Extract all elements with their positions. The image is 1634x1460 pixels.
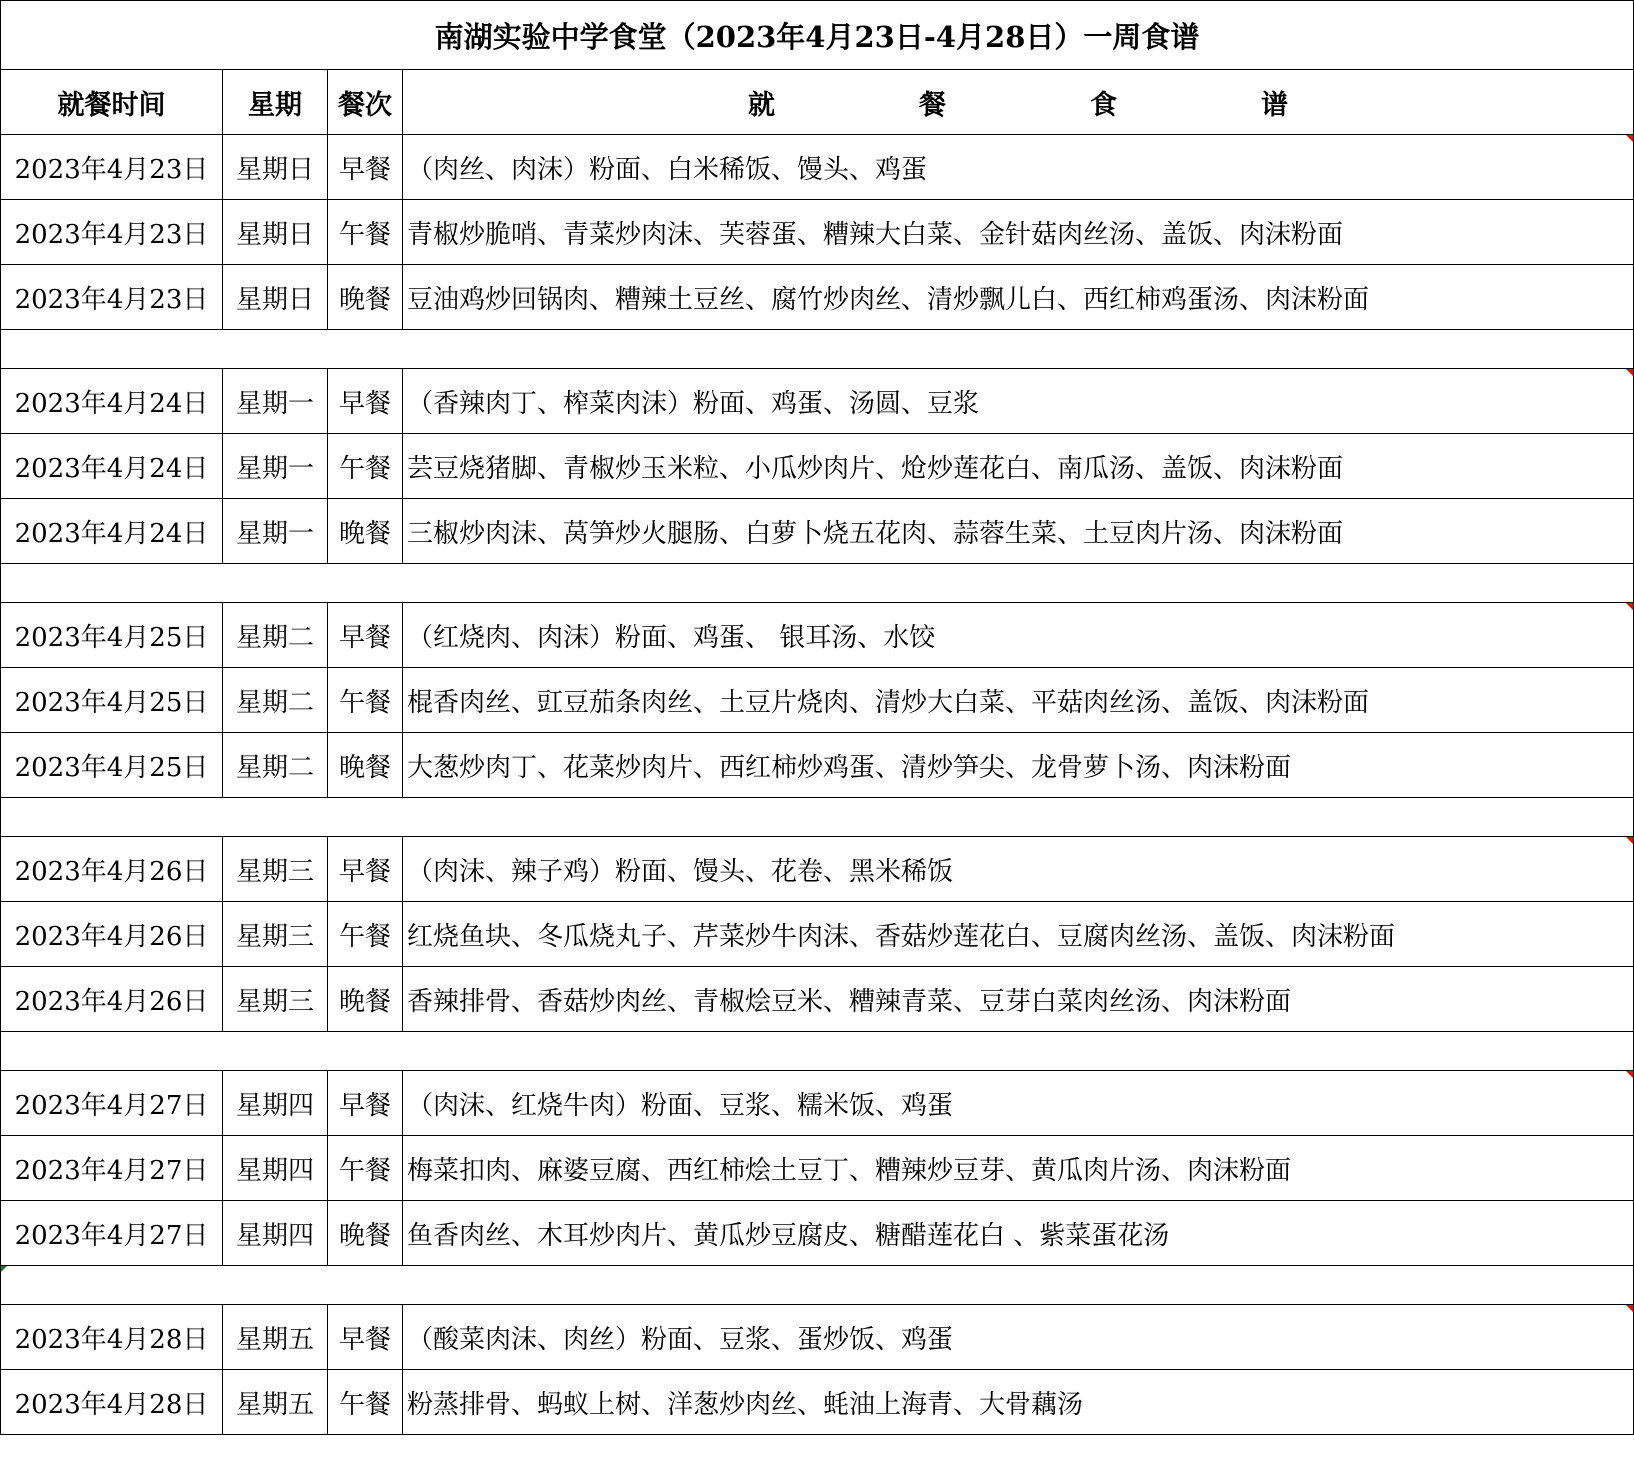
meal-cell[interactable]: 午餐	[328, 1136, 403, 1201]
table-row: 2023年4月27日星期四午餐梅菜扣肉、麻婆豆腐、西红柿烩土豆丁、糟辣炒豆芽、黄…	[1, 1136, 1634, 1201]
date-cell[interactable]: 2023年4月28日	[1, 1370, 223, 1435]
error-indicator-icon	[1, 1266, 7, 1272]
date-cell[interactable]: 2023年4月23日	[1, 200, 223, 265]
meal-cell[interactable]: 晚餐	[328, 499, 403, 564]
meal-cell[interactable]: 晚餐	[328, 1201, 403, 1266]
weekday-cell[interactable]: 星期五	[223, 1305, 328, 1370]
weekday-cell[interactable]: 星期二	[223, 733, 328, 798]
meal-cell[interactable]: 早餐	[328, 135, 403, 200]
date-cell[interactable]: 2023年4月24日	[1, 369, 223, 434]
table-row: 2023年4月28日星期五午餐粉蒸排骨、蚂蚁上树、洋葱炒肉丝、蚝油上海青、大骨藕…	[1, 1370, 1634, 1435]
menu-cell[interactable]: 大葱炒肉丁、花菜炒肉片、西红柿炒鸡蛋、清炒笋尖、龙骨萝卜汤、肉沫粉面	[403, 733, 1634, 798]
weekday-cell[interactable]: 星期日	[223, 200, 328, 265]
date-cell[interactable]: 2023年4月25日	[1, 733, 223, 798]
meal-cell[interactable]: 早餐	[328, 369, 403, 434]
menu-cell[interactable]: （红烧肉、肉沫）粉面、鸡蛋、 银耳汤、水饺	[403, 603, 1634, 668]
table-row: 2023年4月24日星期一午餐芸豆烧猪脚、青椒炒玉米粒、小瓜炒肉片、炝炒莲花白、…	[1, 434, 1634, 499]
spacer-row	[1, 1266, 1634, 1305]
comment-indicator-icon[interactable]	[1626, 1071, 1633, 1078]
menu-cell[interactable]: 红烧鱼块、冬瓜烧丸子、芹菜炒牛肉沫、香菇炒莲花白、豆腐肉丝汤、盖饭、肉沫粉面	[403, 902, 1634, 967]
comment-indicator-icon[interactable]	[1626, 135, 1633, 142]
header-menu-char: 食	[1018, 83, 1189, 122]
header-row: 就餐时间 星期 餐次 就餐食谱	[1, 70, 1634, 135]
menu-cell[interactable]: 棍香肉丝、豇豆茄条肉丝、土豆片烧肉、清炒大白菜、平菇肉丝汤、盖饭、肉沫粉面	[403, 668, 1634, 733]
table-row: 2023年4月26日星期三早餐（肉沫、辣子鸡）粉面、馒头、花卷、黑米稀饭	[1, 837, 1634, 902]
menu-cell[interactable]: 青椒炒脆哨、青菜炒肉沫、芙蓉蛋、糟辣大白菜、金针菇肉丝汤、盖饭、肉沫粉面	[403, 200, 1634, 265]
meal-cell[interactable]: 午餐	[328, 200, 403, 265]
table-row: 2023年4月26日星期三午餐红烧鱼块、冬瓜烧丸子、芹菜炒牛肉沫、香菇炒莲花白、…	[1, 902, 1634, 967]
weekday-cell[interactable]: 星期四	[223, 1136, 328, 1201]
spacer-cell[interactable]	[1, 1032, 1634, 1071]
date-cell[interactable]: 2023年4月24日	[1, 499, 223, 564]
menu-cell[interactable]: 粉蒸排骨、蚂蚁上树、洋葱炒肉丝、蚝油上海青、大骨藕汤	[403, 1370, 1634, 1435]
table-row: 2023年4月24日星期一晚餐三椒炒肉沫、莴笋炒火腿肠、白萝卜烧五花肉、蒜蓉生菜…	[1, 499, 1634, 564]
table-row: 2023年4月26日星期三晚餐香辣排骨、香菇炒肉丝、青椒烩豆米、糟辣青菜、豆芽白…	[1, 967, 1634, 1032]
header-meal[interactable]: 餐次	[328, 70, 403, 135]
meal-cell[interactable]: 晚餐	[328, 733, 403, 798]
date-cell[interactable]: 2023年4月27日	[1, 1201, 223, 1266]
weekday-cell[interactable]: 星期三	[223, 967, 328, 1032]
table-row: 2023年4月27日星期四早餐（肉沫、红烧牛肉）粉面、豆浆、糯米饭、鸡蛋	[1, 1071, 1634, 1136]
spacer-cell[interactable]	[1, 564, 1634, 603]
comment-indicator-icon[interactable]	[1626, 837, 1633, 844]
menu-cell[interactable]: （肉丝、肉沫）粉面、白米稀饭、馒头、鸡蛋	[403, 135, 1634, 200]
table-row: 2023年4月23日星期日晚餐豆油鸡炒回锅肉、糟辣土豆丝、腐竹炒肉丝、清炒飘儿白…	[1, 265, 1634, 330]
menu-cell[interactable]: （酸菜肉沫、肉丝）粉面、豆浆、蛋炒饭、鸡蛋	[403, 1305, 1634, 1370]
comment-indicator-icon[interactable]	[1626, 603, 1633, 610]
meal-cell[interactable]: 早餐	[328, 1071, 403, 1136]
date-cell[interactable]: 2023年4月26日	[1, 902, 223, 967]
meal-cell[interactable]: 午餐	[328, 902, 403, 967]
menu-cell[interactable]: 豆油鸡炒回锅肉、糟辣土豆丝、腐竹炒肉丝、清炒飘儿白、西红柿鸡蛋汤、肉沫粉面	[403, 265, 1634, 330]
weekday-cell[interactable]: 星期三	[223, 837, 328, 902]
table-row: 2023年4月24日星期一早餐（香辣肉丁、榨菜肉沫）粉面、鸡蛋、汤圆、豆浆	[1, 369, 1634, 434]
table-row: 2023年4月25日星期二早餐（红烧肉、肉沫）粉面、鸡蛋、 银耳汤、水饺	[1, 603, 1634, 668]
meal-cell[interactable]: 晚餐	[328, 967, 403, 1032]
table-row: 2023年4月27日星期四晚餐鱼香肉丝、木耳炒肉片、黄瓜炒豆腐皮、糖醋莲花白 、…	[1, 1201, 1634, 1266]
weekday-cell[interactable]: 星期四	[223, 1071, 328, 1136]
header-menu-char: 谱	[1189, 83, 1360, 122]
page-title[interactable]: 南湖实验中学食堂（2023年4月23日-4月28日）一周食谱	[1, 1, 1634, 70]
spacer-row	[1, 330, 1634, 369]
menu-cell[interactable]: 梅菜扣肉、麻婆豆腐、西红柿烩土豆丁、糟辣炒豆芽、黄瓜肉片汤、肉沫粉面	[403, 1136, 1634, 1201]
spacer-cell[interactable]	[1, 330, 1634, 369]
weekday-cell[interactable]: 星期五	[223, 1370, 328, 1435]
meal-cell[interactable]: 早餐	[328, 1305, 403, 1370]
header-menu-char: 就	[676, 83, 847, 122]
meal-cell[interactable]: 午餐	[328, 434, 403, 499]
date-cell[interactable]: 2023年4月24日	[1, 434, 223, 499]
weekday-cell[interactable]: 星期四	[223, 1201, 328, 1266]
date-cell[interactable]: 2023年4月26日	[1, 967, 223, 1032]
table-row: 2023年4月25日星期二晚餐大葱炒肉丁、花菜炒肉片、西红柿炒鸡蛋、清炒笋尖、龙…	[1, 733, 1634, 798]
weekday-cell[interactable]: 星期二	[223, 603, 328, 668]
menu-cell[interactable]: 鱼香肉丝、木耳炒肉片、黄瓜炒豆腐皮、糖醋莲花白 、紫菜蛋花汤	[403, 1201, 1634, 1266]
menu-cell[interactable]: （肉沫、红烧牛肉）粉面、豆浆、糯米饭、鸡蛋	[403, 1071, 1634, 1136]
weekday-cell[interactable]: 星期三	[223, 902, 328, 967]
spacer-row	[1, 1032, 1634, 1071]
table-row: 2023年4月28日星期五早餐（酸菜肉沫、肉丝）粉面、豆浆、蛋炒饭、鸡蛋	[1, 1305, 1634, 1370]
spacer-row	[1, 564, 1634, 603]
title-row: 南湖实验中学食堂（2023年4月23日-4月28日）一周食谱	[1, 1, 1634, 70]
spacer-cell[interactable]	[1, 1266, 1634, 1305]
header-menu[interactable]: 就餐食谱	[403, 70, 1634, 135]
menu-sheet: 南湖实验中学食堂（2023年4月23日-4月28日）一周食谱 就餐时间 星期 餐…	[0, 0, 1633, 1435]
weekday-cell[interactable]: 星期一	[223, 369, 328, 434]
menu-cell[interactable]: 三椒炒肉沫、莴笋炒火腿肠、白萝卜烧五花肉、蒜蓉生菜、土豆肉片汤、肉沫粉面	[403, 499, 1634, 564]
comment-indicator-icon[interactable]	[1626, 1305, 1633, 1312]
meal-cell[interactable]: 早餐	[328, 837, 403, 902]
header-menu-char: 餐	[847, 83, 1018, 122]
date-cell[interactable]: 2023年4月27日	[1, 1136, 223, 1201]
table-row: 2023年4月23日星期日午餐青椒炒脆哨、青菜炒肉沫、芙蓉蛋、糟辣大白菜、金针菇…	[1, 200, 1634, 265]
meal-cell[interactable]: 午餐	[328, 668, 403, 733]
date-cell[interactable]: 2023年4月23日	[1, 265, 223, 330]
meal-cell[interactable]: 晚餐	[328, 265, 403, 330]
spacer-row	[1, 798, 1634, 837]
header-weekday[interactable]: 星期	[223, 70, 328, 135]
date-cell[interactable]: 2023年4月25日	[1, 603, 223, 668]
weekday-cell[interactable]: 星期日	[223, 135, 328, 200]
menu-cell[interactable]: 芸豆烧猪脚、青椒炒玉米粒、小瓜炒肉片、炝炒莲花白、南瓜汤、盖饭、肉沫粉面	[403, 434, 1634, 499]
meal-cell[interactable]: 午餐	[328, 1370, 403, 1435]
spacer-cell[interactable]	[1, 798, 1634, 837]
date-cell[interactable]: 2023年4月28日	[1, 1305, 223, 1370]
comment-indicator-icon[interactable]	[1626, 369, 1633, 376]
menu-cell[interactable]: 香辣排骨、香菇炒肉丝、青椒烩豆米、糟辣青菜、豆芽白菜肉丝汤、肉沫粉面	[403, 967, 1634, 1032]
table-row: 2023年4月25日星期二午餐棍香肉丝、豇豆茄条肉丝、土豆片烧肉、清炒大白菜、平…	[1, 668, 1634, 733]
weekday-cell[interactable]: 星期一	[223, 499, 328, 564]
date-cell[interactable]: 2023年4月25日	[1, 668, 223, 733]
header-date[interactable]: 就餐时间	[1, 70, 223, 135]
date-cell[interactable]: 2023年4月23日	[1, 135, 223, 200]
weekday-cell[interactable]: 星期一	[223, 434, 328, 499]
weekday-cell[interactable]: 星期日	[223, 265, 328, 330]
date-cell[interactable]: 2023年4月26日	[1, 837, 223, 902]
date-cell[interactable]: 2023年4月27日	[1, 1071, 223, 1136]
weekly-menu-table: 南湖实验中学食堂（2023年4月23日-4月28日）一周食谱 就餐时间 星期 餐…	[0, 0, 1634, 1435]
table-row: 2023年4月23日星期日早餐（肉丝、肉沫）粉面、白米稀饭、馒头、鸡蛋	[1, 135, 1634, 200]
menu-cell[interactable]: （肉沫、辣子鸡）粉面、馒头、花卷、黑米稀饭	[403, 837, 1634, 902]
weekday-cell[interactable]: 星期二	[223, 668, 328, 733]
meal-cell[interactable]: 早餐	[328, 603, 403, 668]
menu-cell[interactable]: （香辣肉丁、榨菜肉沫）粉面、鸡蛋、汤圆、豆浆	[403, 369, 1634, 434]
